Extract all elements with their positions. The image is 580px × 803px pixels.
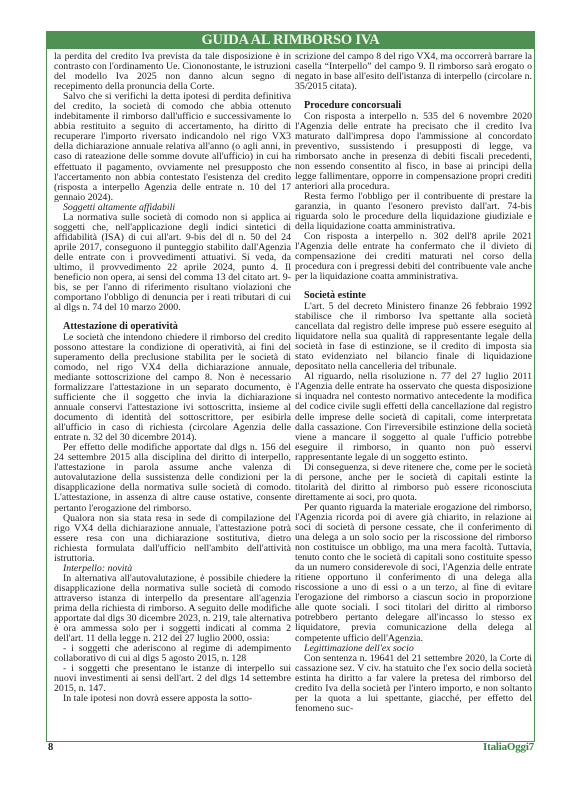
section-header: GUIDA AL RIMBORSO IVA (47, 32, 534, 49)
paragraph: Al riguardo, nella risoluzione n. 77 del… (295, 372, 532, 462)
paragraph: L'art. 5 del decreto Ministero finanze 2… (295, 302, 532, 372)
publication-logo: ItaliaOggi7 (483, 741, 534, 753)
paragraph: Di conseguenza, si deve ritenere che, co… (295, 463, 532, 503)
list-item: - i soggetti che aderiscono al regime di… (54, 644, 291, 664)
article-box: GUIDA AL RIMBORSO IVA la perdita del cre… (46, 31, 535, 742)
paragraph: La normativa sulle società di comodo non… (54, 213, 291, 313)
left-column: la perdita del credito Iva prevista da t… (54, 52, 291, 704)
paragraph: In alternativa all'autovalutazione, è po… (54, 574, 291, 644)
paragraph: Resta fermo l'obbligo per il contribuent… (295, 192, 532, 232)
list-item: - i soggetti che presentano le istanze d… (54, 664, 291, 694)
page-number: 8 (48, 742, 53, 753)
paragraph: Con risposta a interpello n. 535 del 6 n… (295, 112, 532, 192)
paragraph: Per quanto riguarda la materiale erogazi… (295, 503, 532, 644)
paragraph: Le società che intendono chiedere il rim… (54, 333, 291, 444)
paragraph: la perdita del credito Iva prevista da t… (54, 52, 291, 92)
paragraph: Salvo che si verifichi la detta ipotesi … (54, 92, 291, 203)
right-column: scrizione del campo 8 del rigo VX4, ma o… (295, 52, 532, 714)
paragraph: Con risposta a interpello n. 302 dell'8 … (295, 232, 532, 282)
paragraph: Qualora non sia stata resa in sede di co… (54, 514, 291, 564)
paragraph: In tale ipotesi non dovrà essere apposta… (54, 694, 291, 704)
paragraph: scrizione del campo 8 del rigo VX4, ma o… (295, 52, 532, 92)
paragraph: Con sentenza n. 19641 del 21 settembre 2… (295, 654, 532, 714)
paragraph: Per effetto delle modifiche apportate da… (54, 443, 291, 513)
